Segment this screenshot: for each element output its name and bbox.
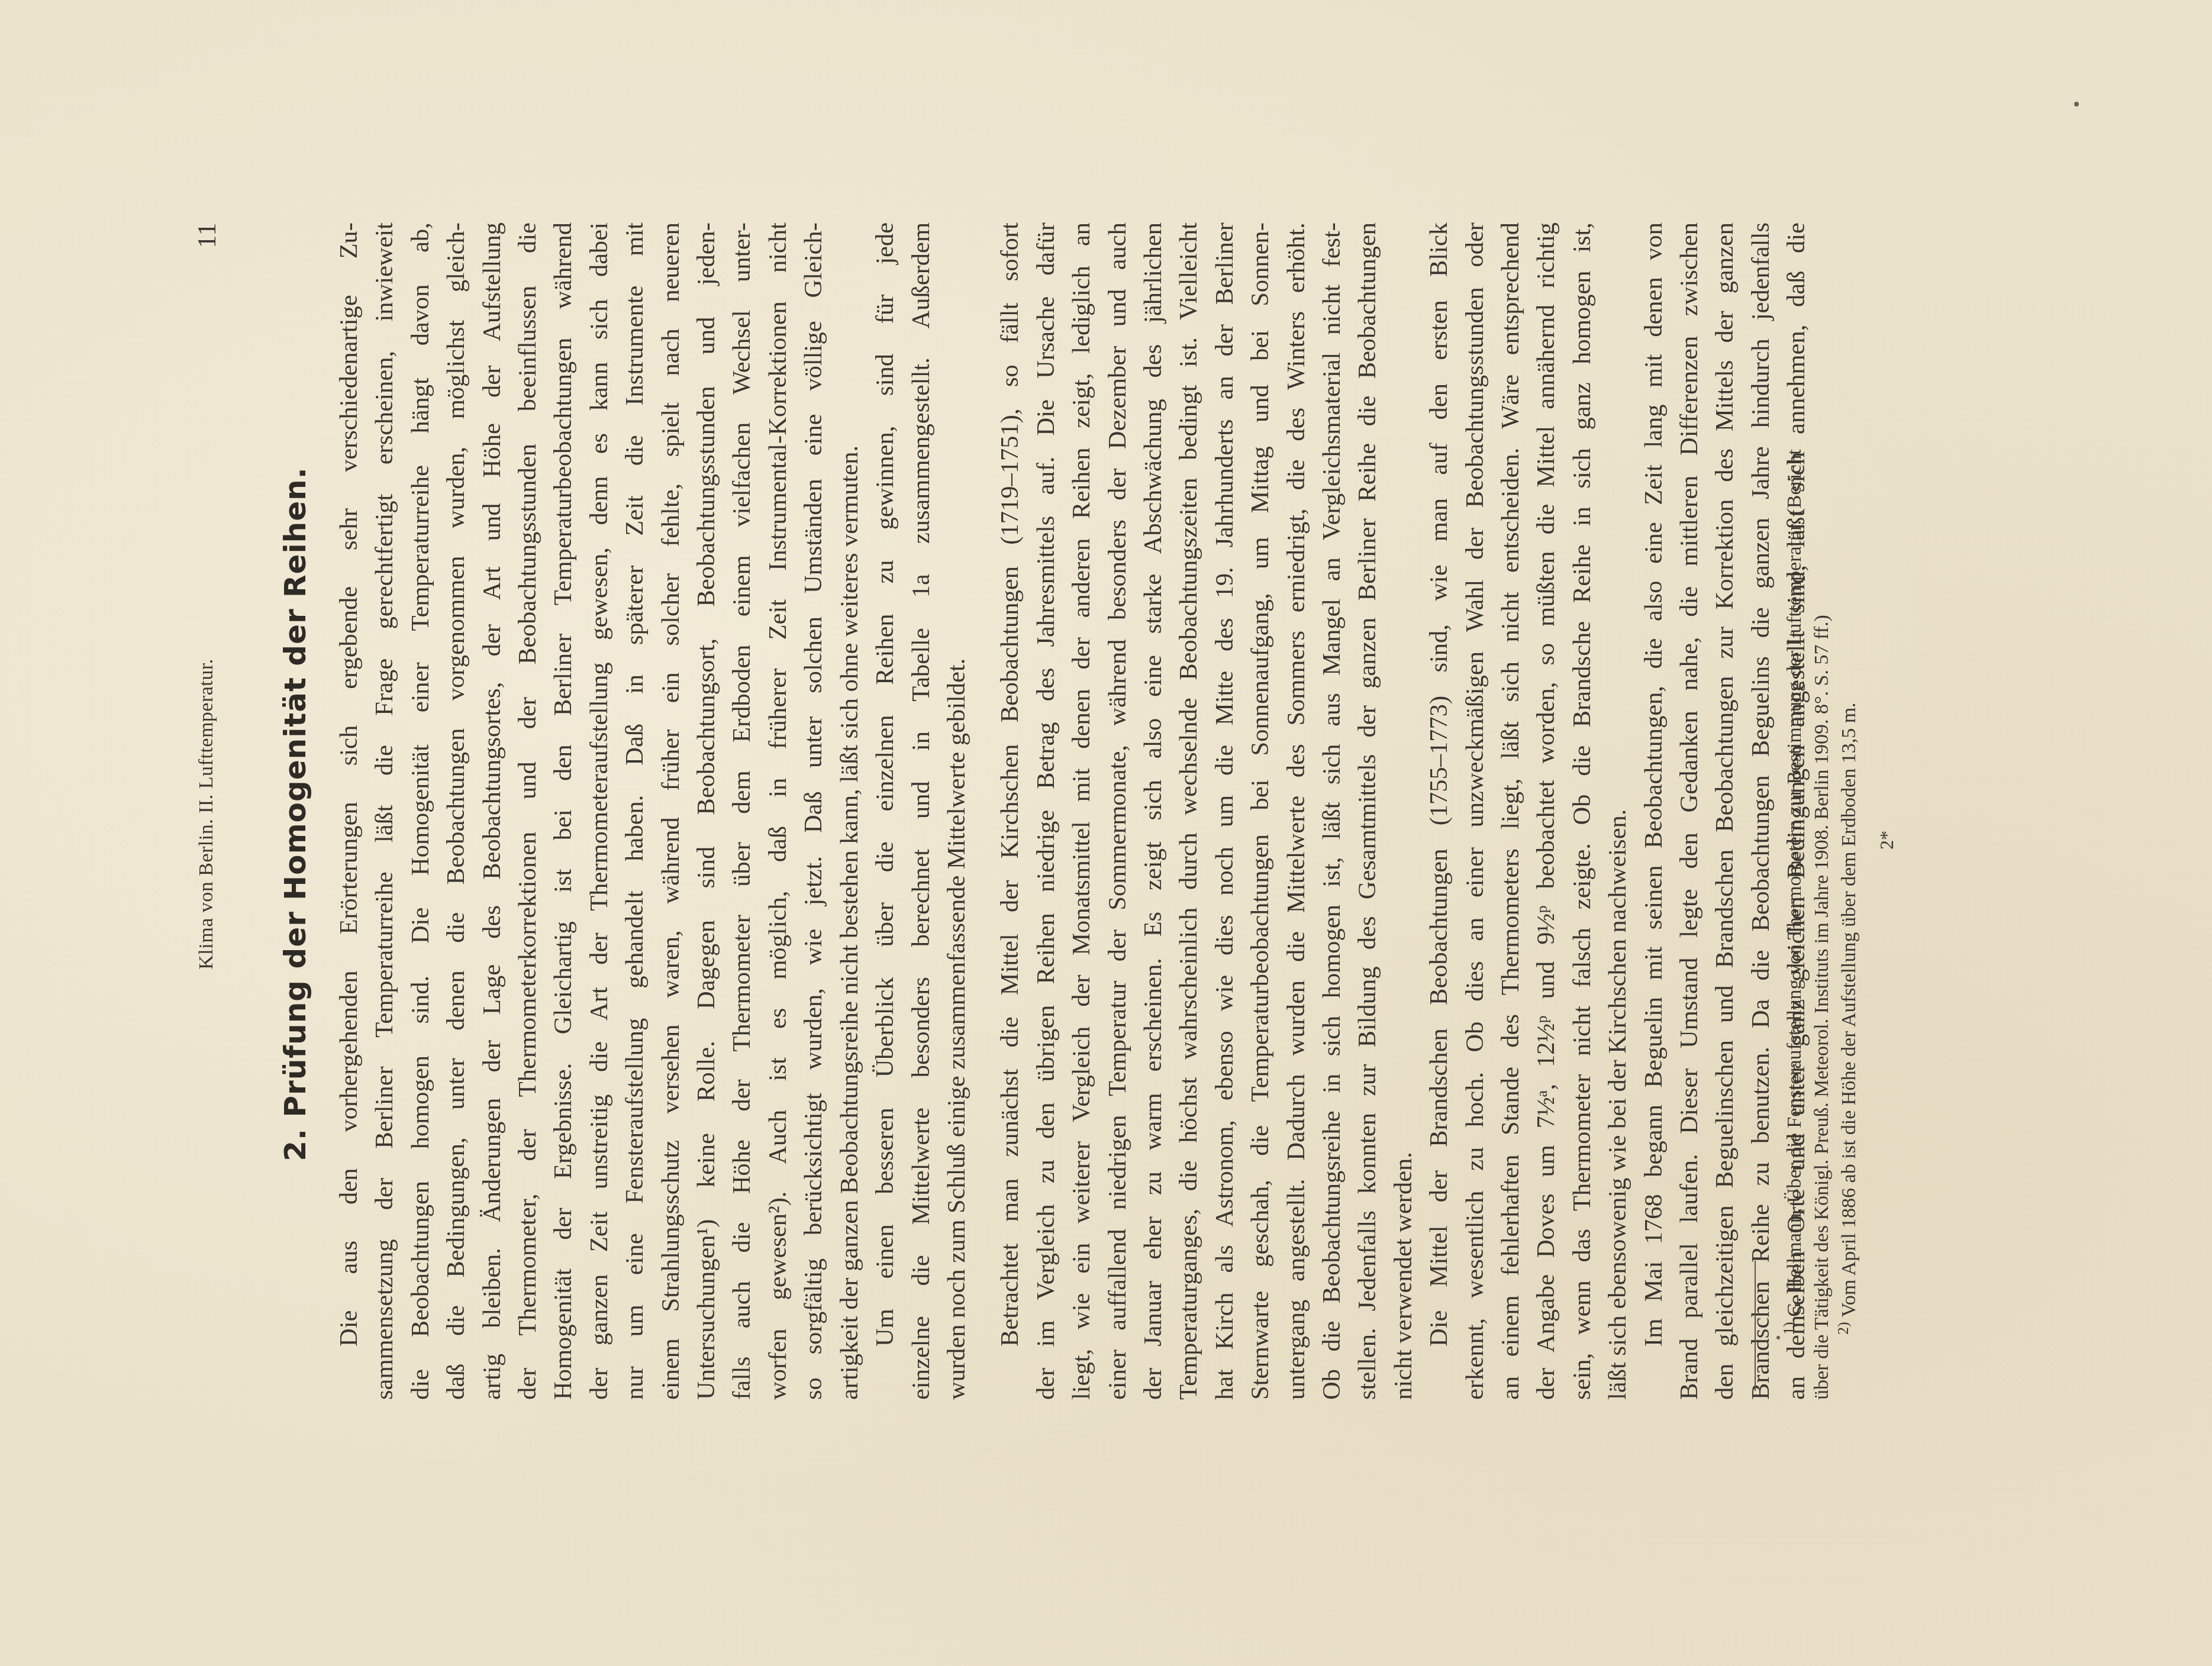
text-line: einem Strahlungsschutz versehen waren, w…	[653, 222, 689, 1453]
footnote-text: G. Hellmann, Über die Fensteraufstellung…	[1784, 449, 1805, 1317]
text-line: untergang angestellt. Dadurch wurden die…	[1279, 222, 1314, 1453]
text-line: der Angabe Doves um 7½ᵃ, 12½ᵖ und 9½ᵖ be…	[1529, 222, 1564, 1453]
text-line: artig bleiben. Änderungen der Lage des B…	[475, 222, 510, 1453]
text-line: nicht verwendet werden.	[1386, 222, 1421, 1453]
text-line: wurden noch zum Schluß einige zusammenfa…	[939, 222, 975, 1453]
footnotes: 1) G. Hellmann, Über die Fensteraufstell…	[1781, 222, 1863, 1400]
text-line: worfen gewesen²). Auch ist es möglich, d…	[760, 222, 796, 1453]
text-line: Die aus den vorhergehenden Erörterungen …	[331, 222, 367, 1400]
text-line: Untersuchungen¹) keine Rolle. Dagegen si…	[689, 222, 724, 1453]
text-line: stellen. Jedenfalls konnten zur Bildung …	[1350, 222, 1385, 1453]
text-line: läßt sich ebensowenig wie bei der Kirchs…	[1600, 222, 1636, 1453]
text-line: der im Vergleich zu den übrigen Reihen n…	[1028, 222, 1064, 1453]
running-head-title: Klima von Berlin. II. Lufttemperatur.	[195, 258, 218, 1370]
footnote-2: 2) Vom April 1886 ab ist die Höhe der Au…	[1836, 222, 1863, 1400]
text-line: Temperaturganges, die höchst wahrscheinl…	[1171, 222, 1207, 1453]
body-text: Die aus den vorhergehenden Erörterungen …	[331, 222, 1815, 1400]
footnote-text: Vom April 1886 ab ist die Höhe der Aufst…	[1838, 702, 1860, 1317]
ink-speck	[2074, 102, 2079, 106]
ink-speck	[1776, 1336, 1780, 1339]
text-line: die Beobachtungen homogen sind. Die Homo…	[403, 222, 438, 1453]
text-line: Die Mittel der Brandschen Beobachtungen …	[1421, 222, 1457, 1400]
text-line: liegt, wie ein weiterer Vergleich der Mo…	[1064, 222, 1099, 1453]
footnote-1-continuation: über die Tätigkeit des Königl. Preuß. Me…	[1808, 222, 1836, 1400]
footnote-marker: 1)	[1780, 1322, 1797, 1335]
paragraph: Die aus den vorhergehenden Erörterungen …	[331, 222, 868, 1400]
paragraph: Die Mittel der Brandschen Beobachtungen …	[1421, 222, 1636, 1400]
text-line: so sorgfältig berücksichtigt wurden, wie…	[796, 222, 831, 1453]
text-line: der ganzen Zeit unstreitig die Art der T…	[582, 222, 617, 1453]
page-number: 11	[192, 222, 222, 248]
text-line: Brand parallel laufen. Dieser Umstand le…	[1672, 222, 1707, 1453]
footnote-marker: 2)	[1834, 1322, 1852, 1335]
paragraph: Um einen besseren Überblick über die ein…	[868, 222, 975, 1400]
paragraph: Betrachtet man zunächst die Mittel der K…	[992, 222, 1421, 1400]
section-title: 2. Prüfung der Homogenität der Reihen.	[278, 258, 312, 1370]
book-page: Klima von Berlin. II. Lufttemperatur. 11…	[0, 0, 2212, 1666]
text-line: nur um eine Fensteraufstellung gehandelt…	[617, 222, 653, 1453]
text-line: einzelne die Mittelwerte besonders berec…	[904, 222, 939, 1453]
text-line: sein, wenn das Thermometer nicht falsch …	[1565, 222, 1600, 1453]
text-line: an einem fehlerhaften Stande des Thermom…	[1493, 222, 1529, 1453]
text-line: hat Kirch als Astronom, ebenso wie dies …	[1207, 222, 1243, 1453]
text-line: falls auch die Höhe der Thermometer über…	[724, 222, 760, 1453]
text-line: der Januar eher zu warm erscheinen. Es z…	[1136, 222, 1171, 1453]
running-head: Klima von Berlin. II. Lufttemperatur. 11	[195, 258, 231, 1370]
text-line: artigkeit der ganzen Beobachtungsreihe n…	[832, 222, 868, 1453]
text-line: Im Mai 1768 begann Beguelin mit seinen B…	[1636, 222, 1672, 1400]
footnote-1: 1) G. Hellmann, Über die Fensteraufstell…	[1781, 222, 1808, 1400]
text-line: der Thermometer, der Thermometerkorrekti…	[510, 222, 546, 1453]
text-line: sammensetzung der Berliner Temperaturrei…	[367, 222, 402, 1453]
signature-mark: 2*	[1876, 831, 1898, 850]
text-line: Ob die Beobachtungsreihe in sich homogen…	[1314, 222, 1350, 1453]
text-line: daß die Bedingungen, unter denen die Beo…	[438, 222, 474, 1453]
text-line: Homogenität der Ergebnisse. Gleichartig …	[546, 222, 581, 1453]
text-line: den gleichzeitigen Beguelinschen und Bra…	[1707, 222, 1743, 1453]
text-line: Brandschen Reihe zu benutzen. Da die Beo…	[1743, 222, 1779, 1453]
text-line: Betrachtet man zunächst die Mittel der K…	[992, 222, 1028, 1400]
text-line: Sternwarte geschah, die Temperaturbeobac…	[1243, 222, 1278, 1453]
footnote-separator	[1755, 1261, 1756, 1391]
text-line: erkennt, wesentlich zu hoch. Ob dies an …	[1458, 222, 1493, 1453]
text-line: einer auffallend niedrigen Temperatur de…	[1100, 222, 1136, 1453]
text-line: Um einen besseren Überblick über die ein…	[868, 222, 903, 1400]
